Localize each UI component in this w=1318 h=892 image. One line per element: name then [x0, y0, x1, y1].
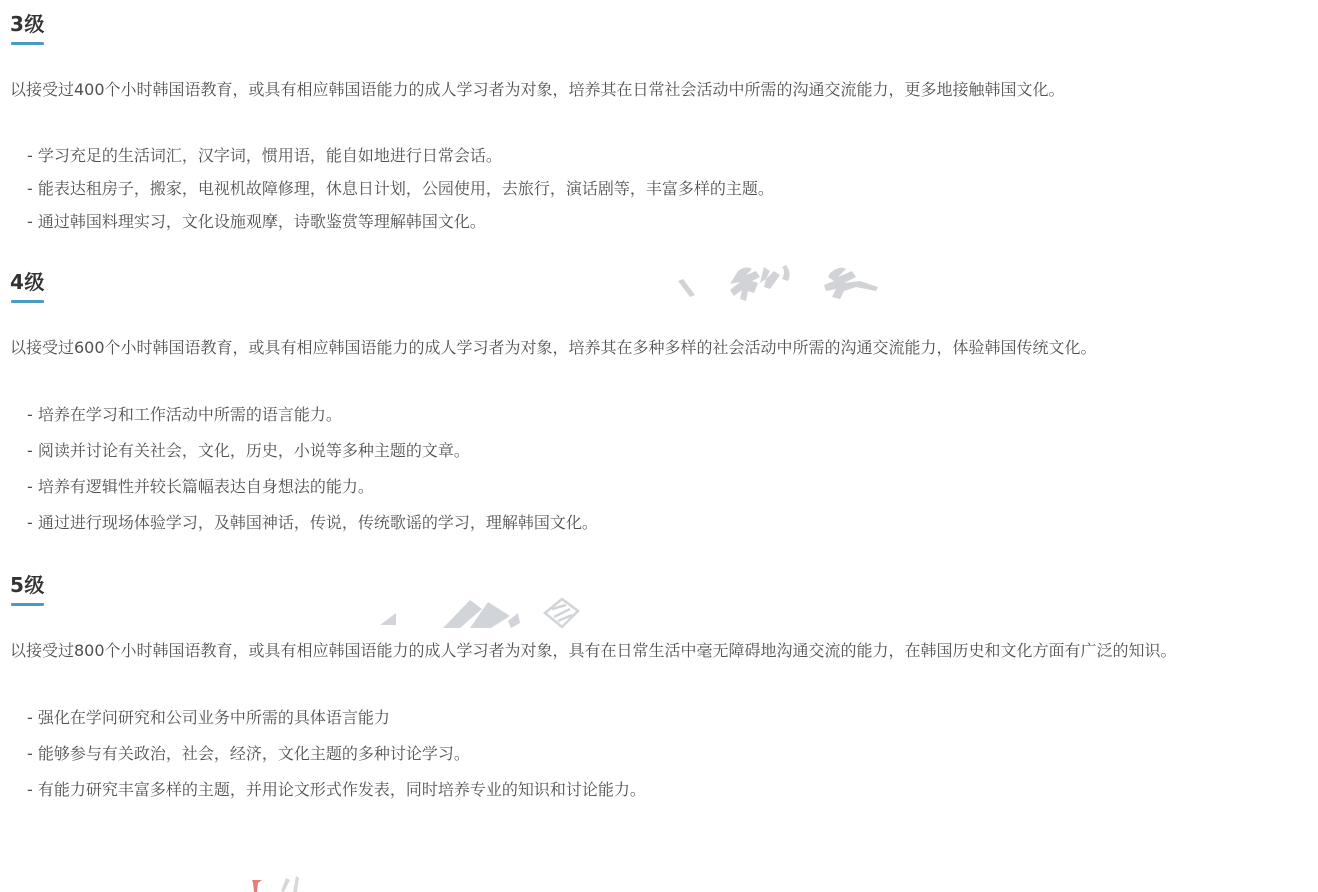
bullet-list: - 学习充足的生活词汇，汉字词，惯用语，能自如地进行日常会话。 - 能表达租房子…	[10, 139, 1312, 238]
section-level-5: 5级 以接受过800个小时韩国语教育，或具有相应韩国语能力的成人学习者为对象，具…	[10, 574, 1312, 808]
section-paragraph: 以接受过600个小时韩国语教育，或具有相应韩国语能力的成人学习者为对象，培养其在…	[10, 333, 1312, 363]
bullet-list: - 培养在学习和工作活动中所需的语言能力。 - 阅读并讨论有关社会，文化，历史，…	[10, 397, 1312, 541]
section-paragraph: 以接受过400个小时韩国语教育，或具有相应韩国语能力的成人学习者为对象，培养其在…	[10, 75, 1312, 105]
list-item: - 学习充足的生活词汇，汉字词，惯用语，能自如地进行日常会话。	[27, 139, 1312, 172]
heading-underline	[11, 603, 44, 606]
list-item: - 有能力研究丰富多样的主题，并用论文形式作发表，同时培养专业的知识和讨论能力。	[27, 772, 1312, 808]
list-item: - 能表达租房子，搬家，电视机故障修理，休息日计划，公园使用，去旅行，演话剧等，…	[27, 172, 1312, 205]
list-item: - 通过进行现场体验学习，及韩国神话，传说，传统歌谣的学习，理解韩国文化。	[27, 505, 1312, 541]
page: { "colors": { "background": "#ffffff", "…	[0, 0, 1318, 892]
list-item: - 能够参与有关政治，社会，经济，文化主题的多种讨论学习。	[27, 736, 1312, 772]
list-item: - 阅读并讨论有关社会，文化，历史，小说等多种主题的文章。	[27, 433, 1312, 469]
content-area: 3级 以接受过400个小时韩国语教育，或具有相应韩国语能力的成人学习者为对象，培…	[0, 0, 1318, 808]
section-paragraph: 以接受过800个小时韩国语教育，或具有相应韩国语能力的成人学习者为对象，具有在日…	[10, 636, 1312, 666]
heading-underline	[11, 42, 44, 45]
list-item: - 培养在学习和工作活动中所需的语言能力。	[27, 397, 1312, 433]
watermark-red-mark-icon	[244, 876, 314, 892]
list-item: - 培养有逻辑性并较长篇幅表达自身想法的能力。	[27, 469, 1312, 505]
section-heading: 5级	[10, 574, 1312, 596]
section-level-4: 4级 以接受过600个小时韩国语教育，或具有相应韩国语能力的成人学习者为对象，培…	[10, 271, 1312, 541]
section-heading: 4级	[10, 271, 1312, 293]
section-level-3: 3级 以接受过400个小时韩国语教育，或具有相应韩国语能力的成人学习者为对象，培…	[10, 13, 1312, 238]
list-item: - 强化在学问研究和公司业务中所需的具体语言能力	[27, 700, 1312, 736]
list-item: - 通过韩国料理实习，文化设施观摩，诗歌鉴赏等理解韩国文化。	[27, 205, 1312, 238]
section-heading: 3级	[10, 13, 1312, 35]
bullet-list: - 强化在学问研究和公司业务中所需的具体语言能力 - 能够参与有关政治，社会，经…	[10, 700, 1312, 808]
heading-underline	[11, 300, 44, 303]
